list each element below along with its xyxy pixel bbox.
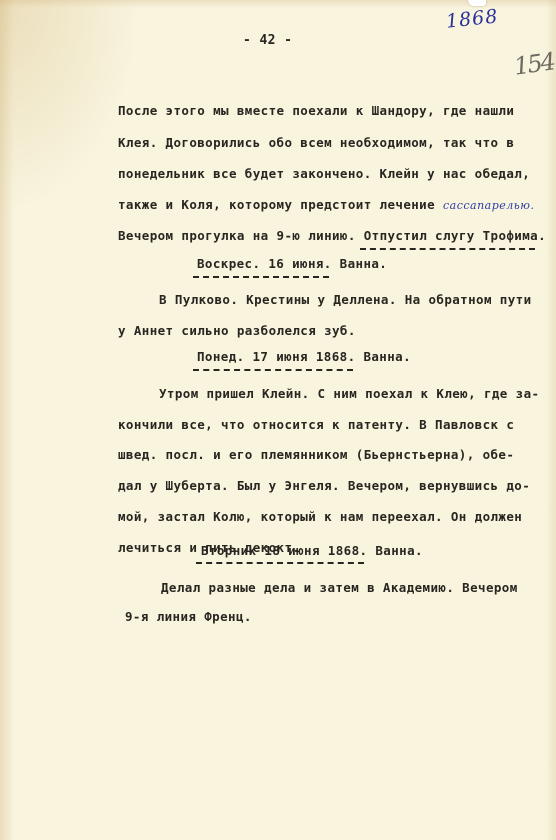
text-line: дал у Шуберта. Был у Энгеля. Вечером, ве… xyxy=(118,478,530,493)
text-line: 9-я линия Френц. xyxy=(125,609,252,624)
text-line: кончили все, что относится к патенту. В … xyxy=(118,417,514,432)
text-line: В Пулково. Крестины у Деллена. На обратн… xyxy=(159,292,532,307)
text-line: понедельник все будет закончено. Клейн у… xyxy=(118,166,530,181)
dashed-underline xyxy=(196,562,364,564)
handwritten-insert: сассапарелью. xyxy=(443,199,534,212)
torn-corner xyxy=(468,0,486,6)
dashed-underline xyxy=(193,276,329,278)
handwritten-year: 1868 xyxy=(445,5,499,32)
entry-heading: Воскрес. 16 июня. Ванна. xyxy=(197,256,387,271)
dashed-underline xyxy=(360,248,535,250)
text-segment: Вечером прогулка на 9-ю линию. xyxy=(118,228,356,243)
document-page: - 42 - 1868 154 После этого мы вместе по… xyxy=(0,0,556,840)
text-segment: также и Коля, которому предстоит лечение xyxy=(118,197,435,212)
text-line: швед. посл. и его племянником (Бьернстье… xyxy=(118,447,514,462)
entry-heading: Вторник 18 июня 1868. Ванна. xyxy=(201,543,423,558)
underlined-sentence: Отпустил слугу Трофима. xyxy=(364,228,546,243)
text-line: у Аннет сильно разболелся зуб. xyxy=(118,323,356,338)
text-line: мой, застал Колю, который к нам переехал… xyxy=(118,509,522,524)
text-line: Клея. Договорились обо всем необходимом,… xyxy=(118,135,514,150)
text-line: Вечером прогулка на 9-ю линию. Отпустил … xyxy=(118,228,546,243)
text-line: Утром пришел Клейн. С ним поехал к Клею,… xyxy=(159,386,539,401)
text-line: После этого мы вместе поехали к Шандору,… xyxy=(118,103,514,118)
dashed-underline xyxy=(193,369,353,371)
text-line: также и Коля, которому предстоит лечение… xyxy=(118,197,534,212)
handwritten-folio-number: 154 xyxy=(512,47,555,80)
entry-heading: Понед. 17 июня 1868. Ванна. xyxy=(197,349,411,364)
text-line: Делал разные дела и затем в Академию. Ве… xyxy=(161,580,518,595)
page-number: - 42 - xyxy=(243,33,292,48)
